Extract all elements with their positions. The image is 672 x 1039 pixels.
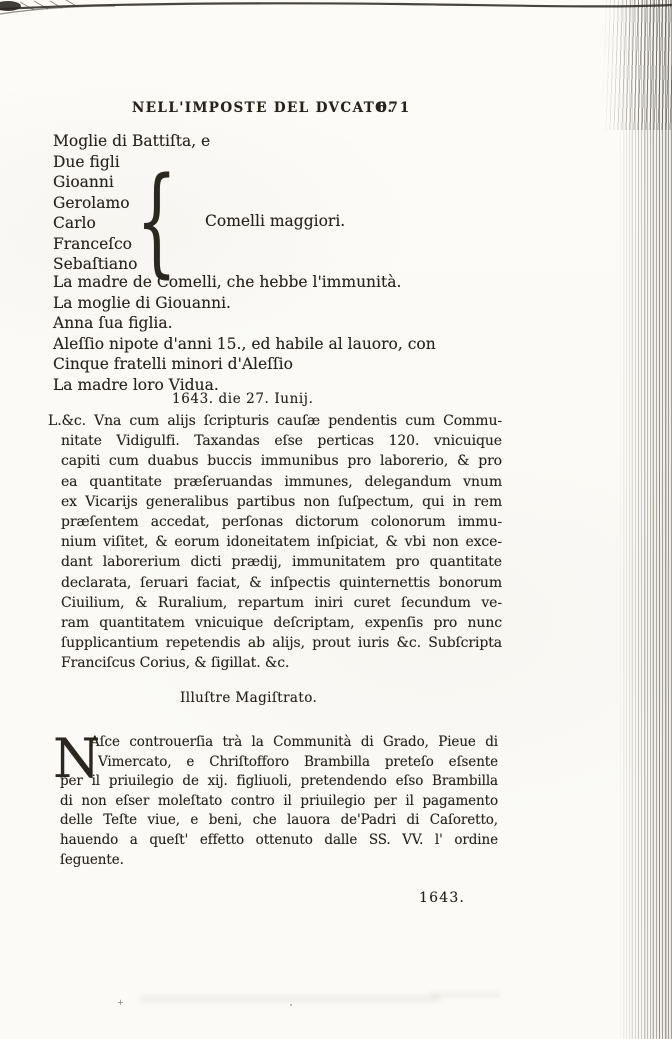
narrative-paragraph: Aſce controuerſia trà la Communità di Gr…	[60, 733, 498, 870]
text-line: declarata, ſeruari faciat, & inſpectis q…	[48, 573, 502, 593]
brace-label: Comelli maggiori.	[205, 212, 345, 230]
paper-speck	[290, 1004, 292, 1006]
grouping-brace: {	[136, 168, 177, 276]
roster-continued-lines: La madre de Comelli, che hebbe l'immunit…	[53, 272, 493, 396]
scan-ghosting	[140, 995, 440, 1003]
text-line: ſeguente.	[60, 851, 498, 871]
text-line: L.&c. Vna cum alijs ſcripturis cauſæ pen…	[48, 411, 502, 431]
text-line: Gerolamo	[53, 193, 483, 214]
folio-year: 1643.	[419, 890, 465, 906]
text-line: capiti cum duabus buccis immunibus pro l…	[48, 451, 502, 471]
dateline: 1643. die 27. Iunij.	[172, 391, 313, 407]
text-line: Franciſcus Corius, & ſigillat. &c.	[48, 653, 502, 673]
text-line: Moglie di Battiſta, e	[53, 131, 483, 152]
decree-paragraph: L.&c. Vna cum alijs ſcripturis cauſæ pen…	[48, 411, 502, 673]
scan-ghosting	[430, 992, 500, 998]
roster-intro-lines: Moglie di Battiſta, eDue figli	[53, 131, 483, 172]
book-edge-streaks-corner	[602, 0, 672, 130]
section-heading: Illuſtre Magiſtrato.	[180, 690, 317, 706]
text-line: delle Teſte viue, e beni, che lauora de'…	[60, 811, 498, 831]
page-number: 671	[377, 100, 411, 116]
text-line: nitate Vidigulfi. Taxandas eſse perticas…	[48, 431, 502, 451]
text-line: La moglie di Giouanni.	[53, 293, 493, 314]
text-line: di non eſser moleſtato contro il priuile…	[60, 792, 498, 812]
book-edge-streaks	[617, 0, 672, 1039]
text-line: Gioanni	[53, 172, 483, 193]
text-line: hauendo a queſt' effetto ottenuto dalle …	[60, 831, 498, 851]
text-line: nium viſitet, & eorum idoneitatem inſpic…	[48, 532, 502, 552]
text-line: Vimercato, e Chriſtofforo Brambilla pret…	[98, 753, 498, 773]
text-line: La madre de Comelli, che hebbe l'immunit…	[53, 272, 493, 293]
text-line: Anna ſua figlia.	[53, 313, 493, 334]
paper-speck: +	[117, 998, 124, 1007]
text-line: Aleſſio nipote d'anni 15., ed habile al …	[53, 334, 493, 355]
text-line: Aſce controuerſia trà la Communità di Gr…	[90, 733, 498, 753]
text-line: ram quantitatem vnicuique deſcriptam, ex…	[48, 613, 502, 633]
text-line: per il priuilegio de xij. figliuoli, pre…	[60, 772, 498, 792]
text-line: Ciuilium, & Ruralium, repartum iniri cur…	[48, 593, 502, 613]
text-line: præſentem accedat, perſonas dictorum col…	[48, 512, 502, 532]
page-top-edge	[0, 0, 672, 32]
text-line: ea quantitate præſeruandas immunes, dele…	[48, 472, 502, 492]
text-line: dant laborerium dicti prædij, immunitate…	[48, 552, 502, 572]
text-line: ex Vicarijs generalibus partibus non ſuſ…	[48, 492, 502, 512]
scanned-book-page: NELL'IMPOSTE DEL DVCATO. 671 Moglie di B…	[0, 0, 672, 1039]
running-header-title: NELL'IMPOSTE DEL DVCATO.	[132, 100, 394, 116]
text-line: Cinque fratelli minori d'Aleſſio	[53, 354, 493, 375]
text-line: Franceſco	[53, 234, 483, 255]
text-line: ſupplicantium repetendis ab alijs, prout…	[48, 633, 502, 653]
text-line: Due figli	[53, 152, 483, 173]
